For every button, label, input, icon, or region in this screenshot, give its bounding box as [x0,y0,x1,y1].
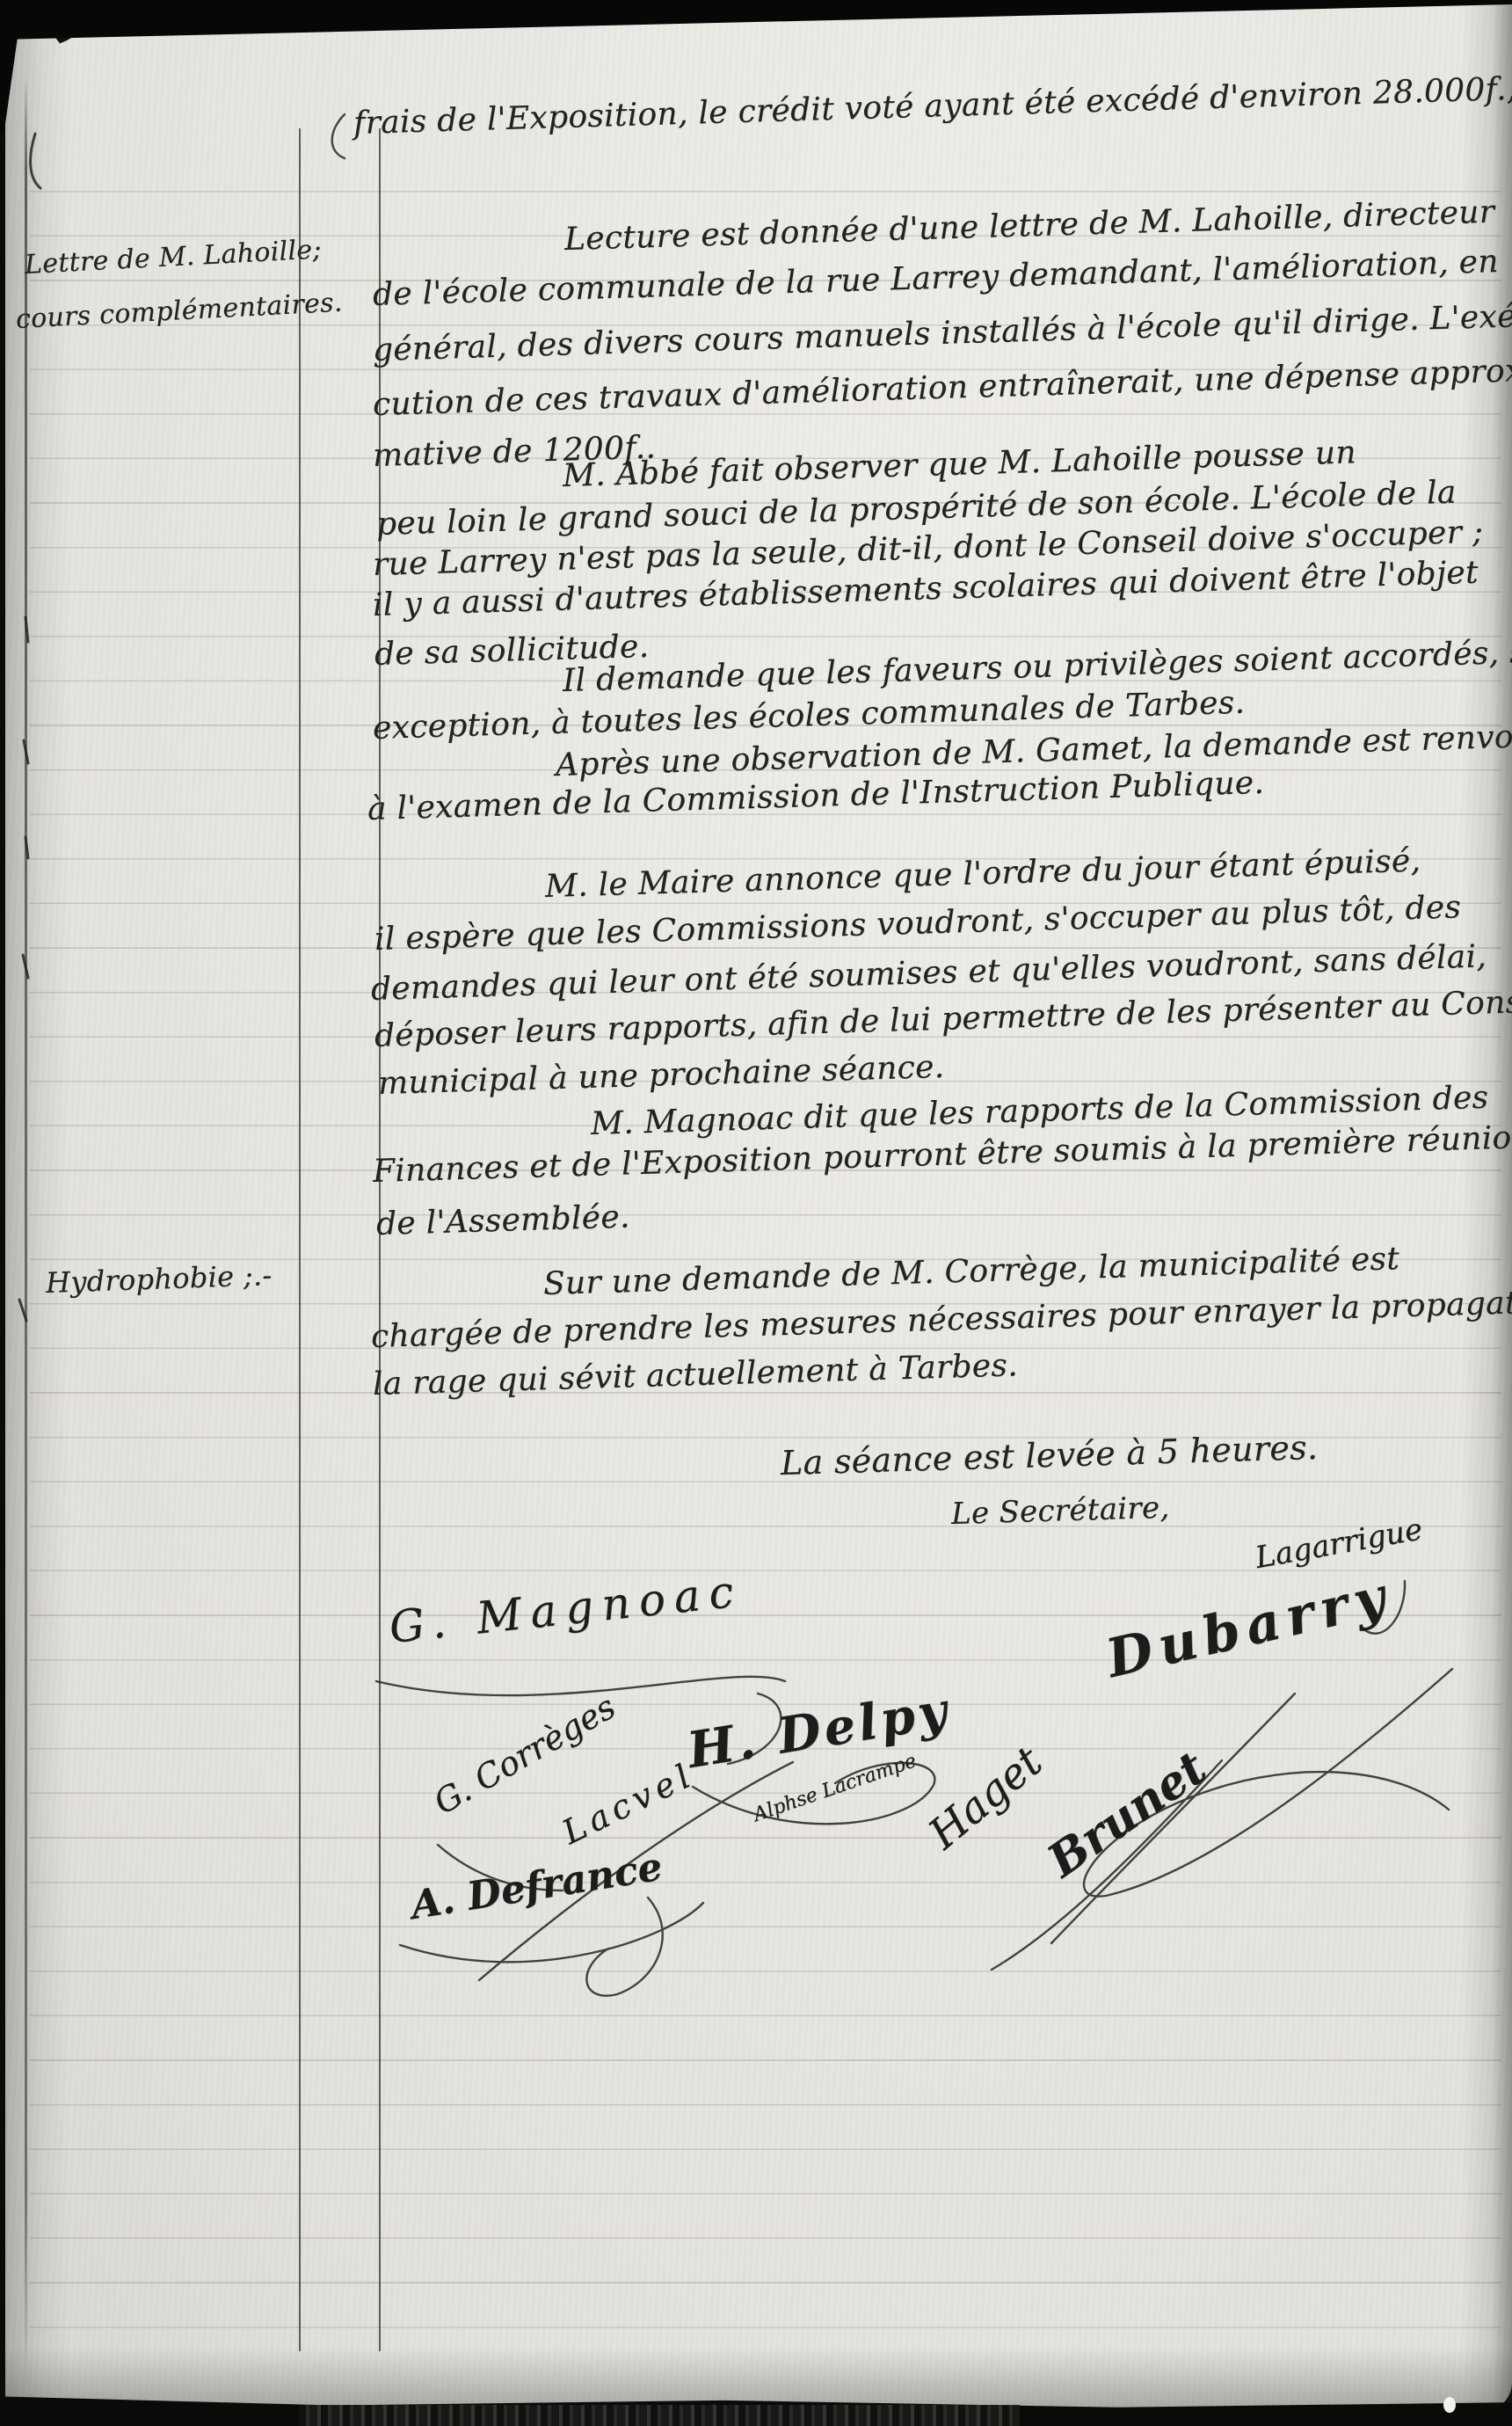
margin-rule-left [299,128,301,2351]
bottom-edge-shadow [5,2347,1512,2408]
binding-crease [25,77,27,2372]
secretary-signoff: Le Secrétaire, [950,1490,1170,1532]
register-page-scan: 50 frais de l'Exposition, le crédit voté… [0,0,1512,2426]
scan-artifact-notch [1443,2397,1456,2413]
binding-shadow [5,0,70,2412]
body-line-22: de l'Assemblée. [375,1198,630,1242]
book-page-edges [299,2405,1020,2426]
